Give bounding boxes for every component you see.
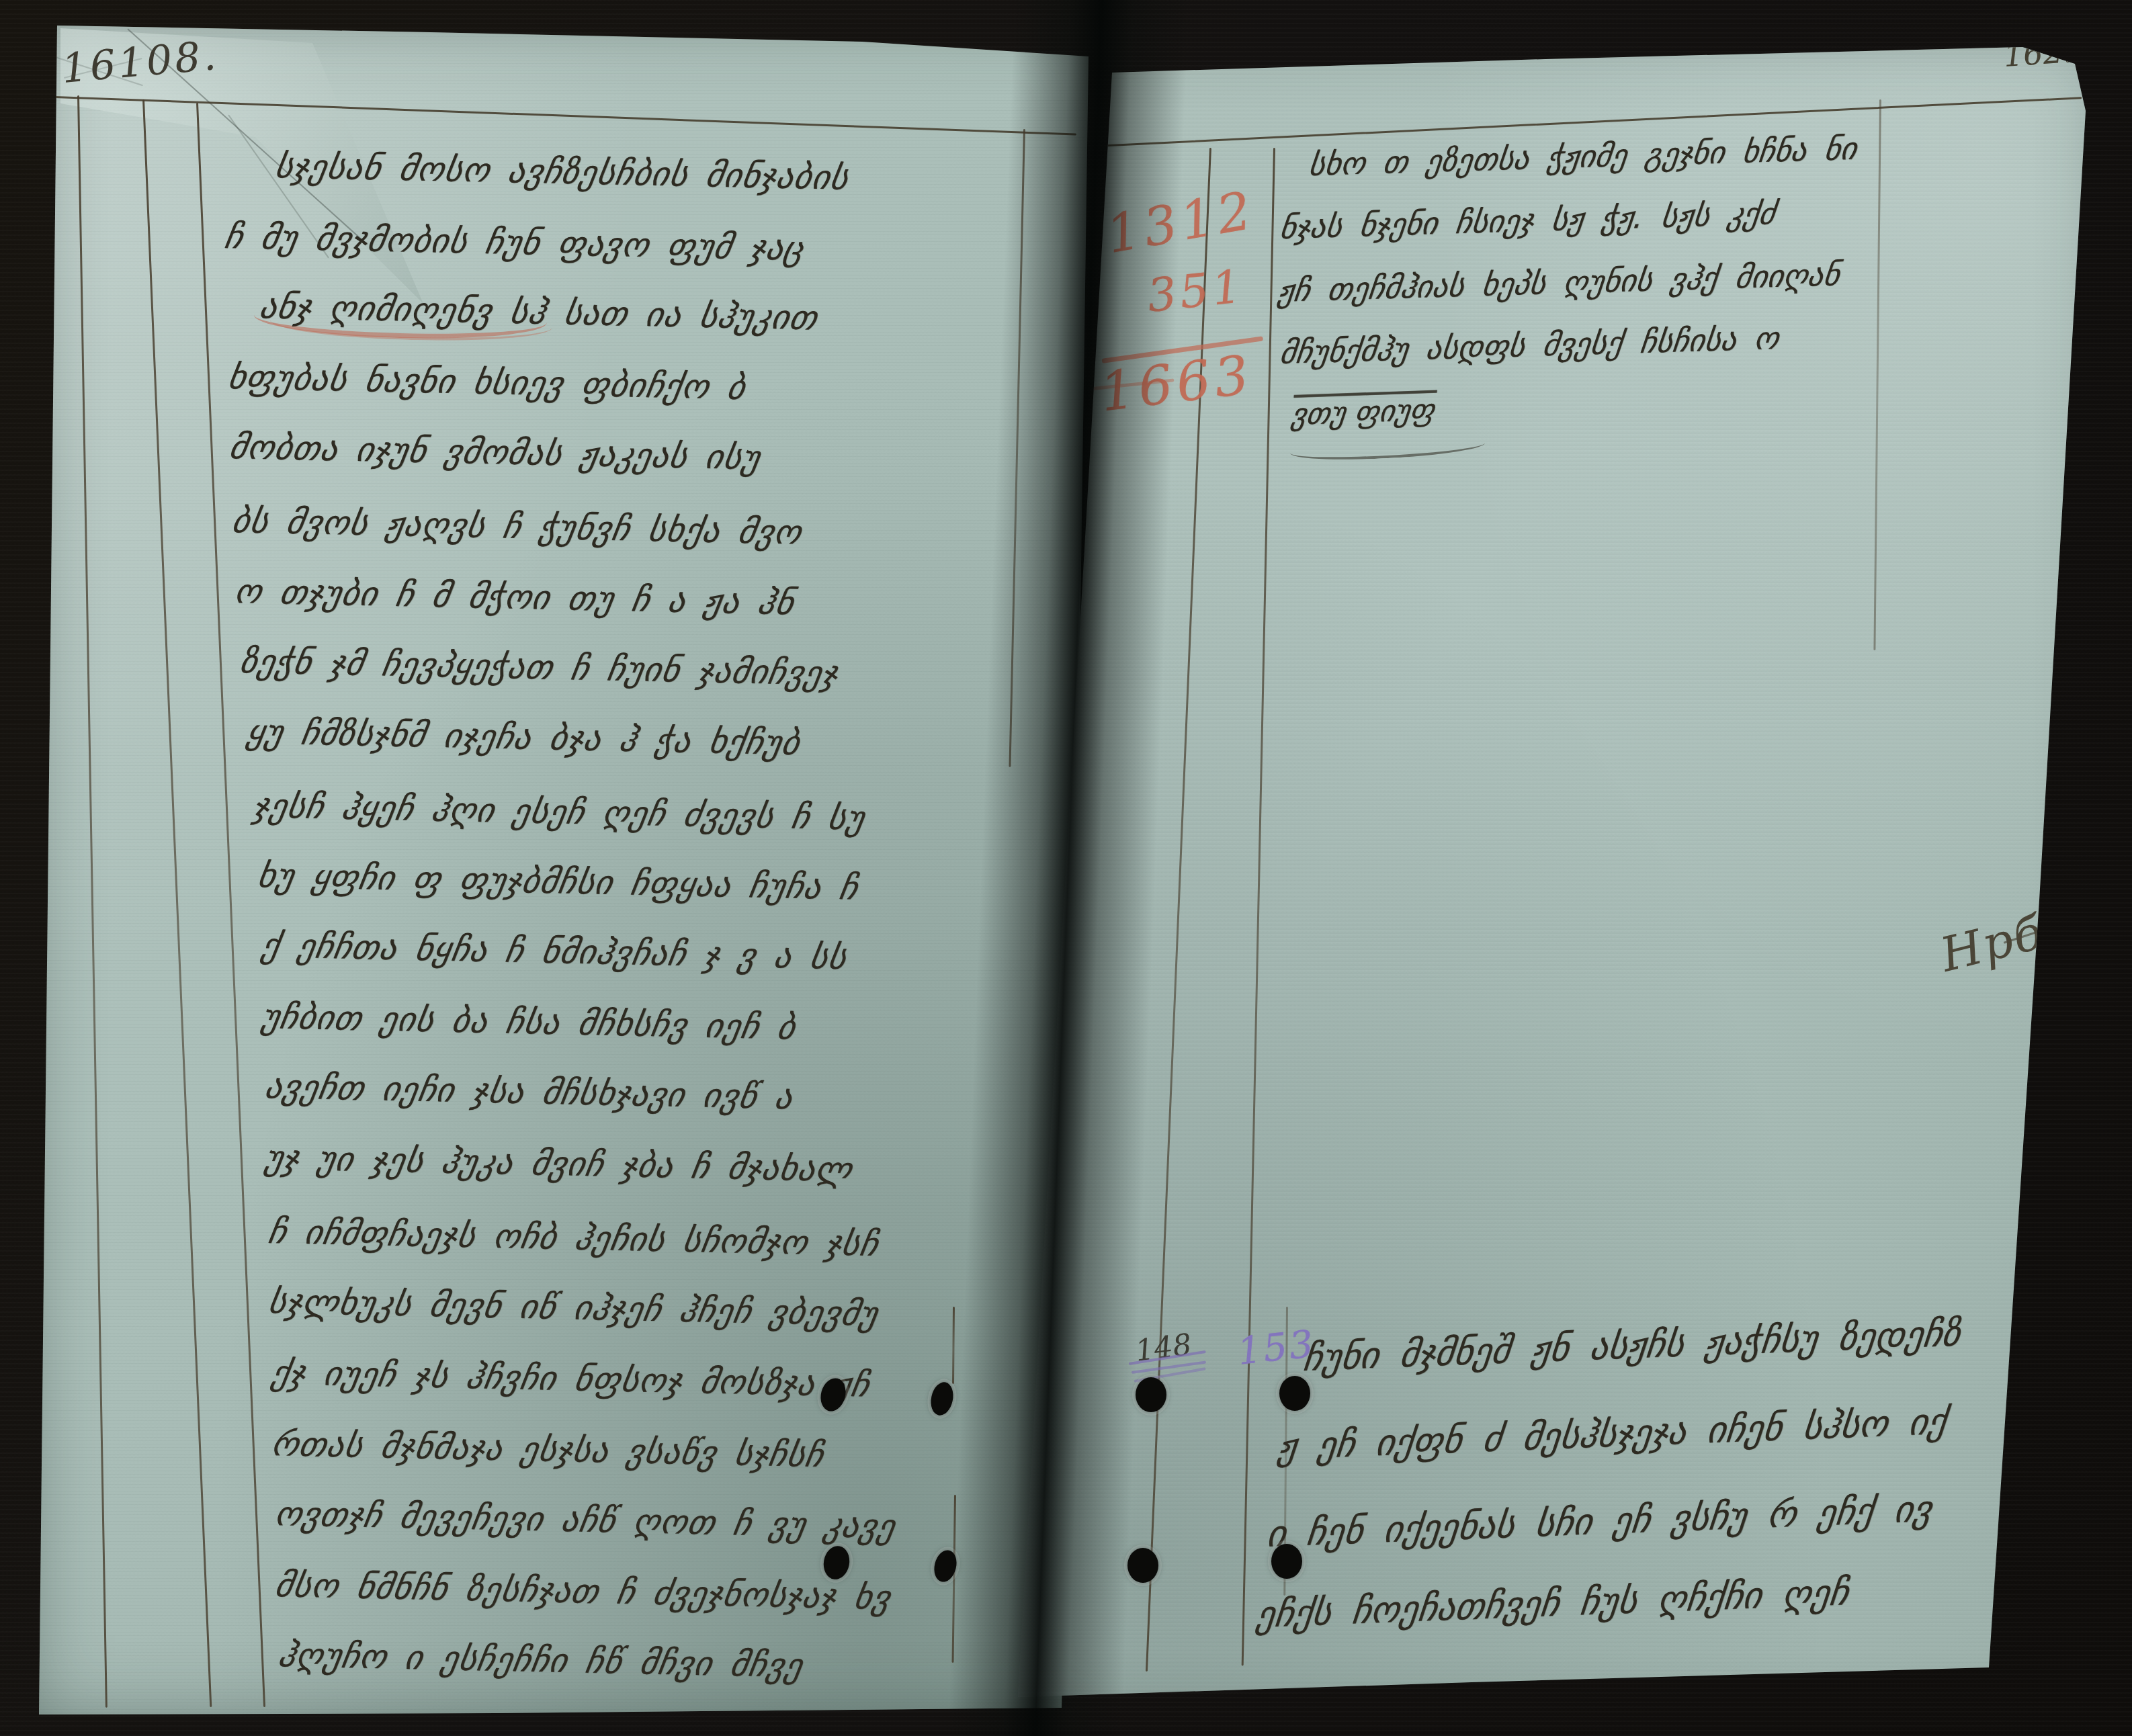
superscript-mark: ვ [2033,1291,2047,1317]
manuscript-scan: 16108. სჯესან მოსო ავჩზესჩბის მინჯაბის ჩ… [0,0,2132,1736]
red-sum-addend-bottom: 351 [1145,260,1247,323]
punch-hole [1127,1548,1158,1583]
left-page: 16108. სჯესან მოსო ავჩზესჩბის მინჯაბის ჩ… [27,13,1102,1723]
signature-line: ვთუ ფიუფ [1289,392,1437,432]
punch-hole [1136,1377,1166,1412]
page-number: 162. [2002,33,2074,74]
punch-hole [1271,1544,1302,1579]
right-page: 162. სხო თ ეზეთსა ჭჟიმე გეჯნი ხჩნა ნი ნჯ… [1001,27,2117,1736]
punch-hole [1279,1376,1310,1411]
